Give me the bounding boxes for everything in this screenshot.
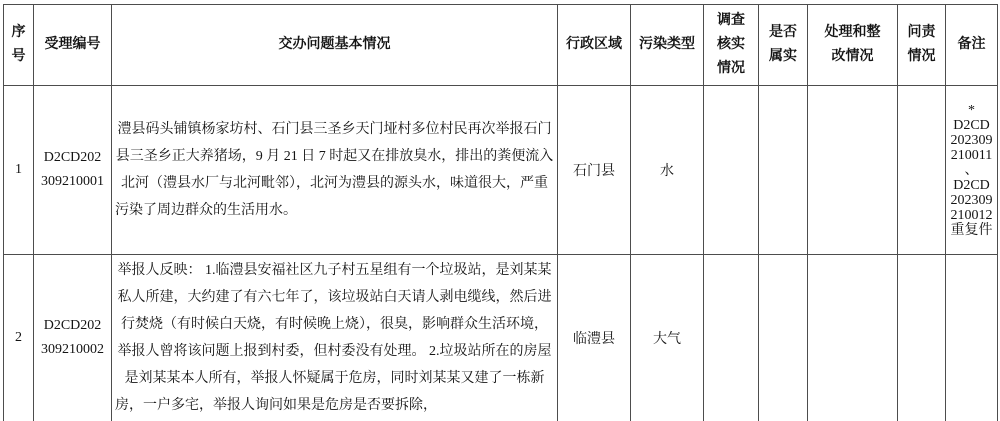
complaints-table: 序 号受理编号交办问题基本情况行政区域污染类型调查 核实 情况是否 属实处理和整… — [3, 4, 998, 421]
table-header-row: 序 号受理编号交办问题基本情况行政区域污染类型调查 核实 情况是否 属实处理和整… — [4, 5, 998, 86]
cell-verified — [759, 86, 808, 255]
header-cell-verified: 是否 属实 — [759, 5, 808, 86]
header-cell-pollution: 污染类型 — [631, 5, 704, 86]
table-body: 1D2CD202 309210001澧县码头铺镇杨家坊村、石门县三圣乡天门垭村多… — [4, 86, 998, 421]
cell-index: 2 — [4, 255, 34, 421]
table-row: 2D2CD202 309210002举报人反映： 1.临澧县安福社区九子村五星组… — [4, 255, 998, 421]
cell-issue: 澧县码头铺镇杨家坊村、石门县三圣乡天门垭村多位村民再次举报石门县三圣乡正大养猪场… — [112, 86, 558, 255]
cell-pollution: 水 — [631, 86, 704, 255]
cell-investigation — [704, 86, 759, 255]
cell-case_no: D2CD202 309210001 — [34, 86, 112, 255]
cell-accountability — [898, 255, 946, 421]
header-cell-accountability: 问责 情况 — [898, 5, 946, 86]
cell-handling — [808, 86, 898, 255]
header-cell-case_no: 受理编号 — [34, 5, 112, 86]
document-page: 序 号受理编号交办问题基本情况行政区域污染类型调查 核实 情况是否 属实处理和整… — [0, 0, 1000, 421]
cell-region: 临澧县 — [558, 255, 631, 421]
header-cell-investigation: 调查 核实 情况 — [704, 5, 759, 86]
cell-handling — [808, 255, 898, 421]
cell-investigation — [704, 255, 759, 421]
cell-case_no: D2CD202 309210002 — [34, 255, 112, 421]
header-cell-issue: 交办问题基本情况 — [112, 5, 558, 86]
cell-remark — [946, 255, 998, 421]
cell-accountability — [898, 86, 946, 255]
cell-pollution: 大气 — [631, 255, 704, 421]
cell-verified — [759, 255, 808, 421]
header-cell-remark: 备注 — [946, 5, 998, 86]
header-cell-handling: 处理和整 改情况 — [808, 5, 898, 86]
table-row: 1D2CD202 309210001澧县码头铺镇杨家坊村、石门县三圣乡天门垭村多… — [4, 86, 998, 255]
header-cell-region: 行政区域 — [558, 5, 631, 86]
cell-issue: 举报人反映： 1.临澧县安福社区九子村五星组有一个垃圾站，是刘某某私人所建，大约… — [112, 255, 558, 421]
cell-index: 1 — [4, 86, 34, 255]
header-cell-index: 序 号 — [4, 5, 34, 86]
cell-remark: * D2CD 202309 210011 、 D2CD 202309 21001… — [946, 86, 998, 255]
cell-region: 石门县 — [558, 86, 631, 255]
